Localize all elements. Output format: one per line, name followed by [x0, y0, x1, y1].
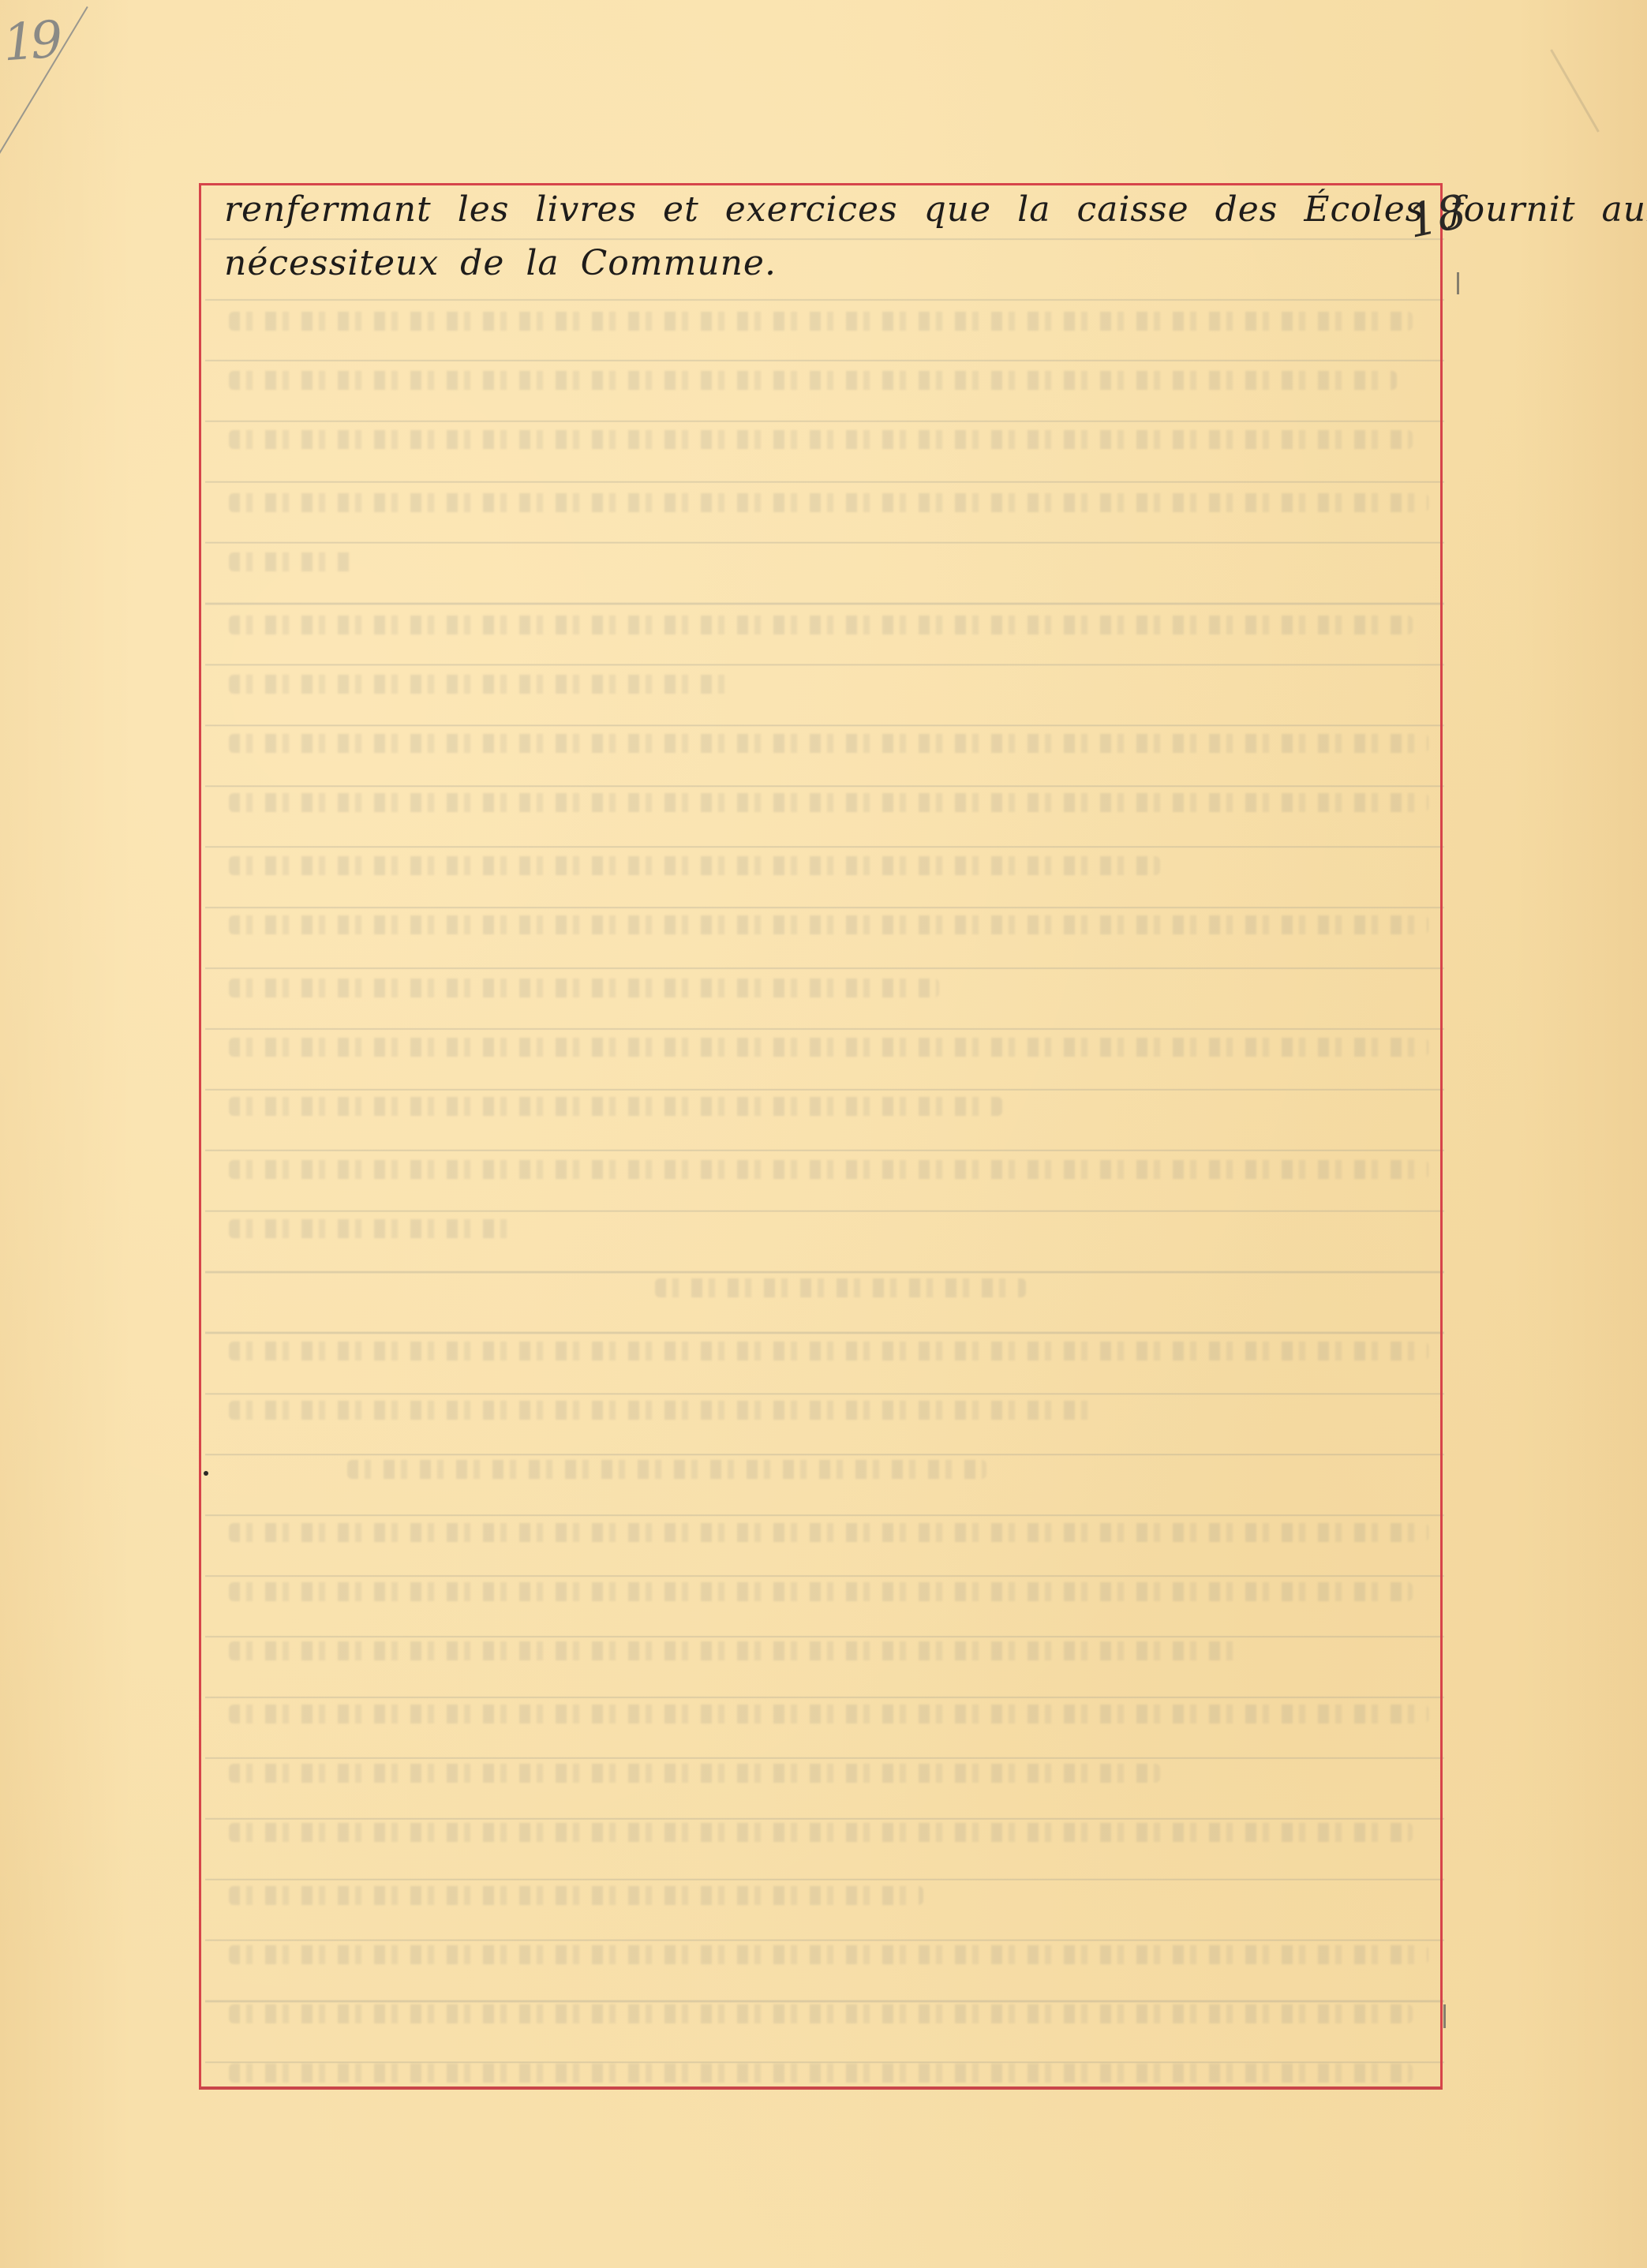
pencil-page-number: 19: [2, 11, 60, 73]
bleed-through-text: [229, 1219, 513, 1238]
bleed-through-text: [229, 2004, 1413, 2023]
bleed-through-text: [229, 1342, 1428, 1360]
bleed-through-text: [229, 1886, 923, 1905]
corner-pencil-mark: [1550, 25, 1641, 132]
bleed-through-text: [229, 675, 734, 694]
bleed-through-text: [229, 734, 1428, 753]
bleed-through-heading: [655, 1278, 1026, 1297]
folio-number: 18: [1403, 184, 1471, 249]
bleed-through-text: [229, 430, 1413, 449]
bleed-through-text: [229, 616, 1413, 634]
bleed-through-text: [229, 1764, 1160, 1783]
bleed-through-text: [229, 1945, 1428, 1964]
margin-tick-mark: [1457, 272, 1459, 294]
bleed-through-text: [229, 856, 1160, 875]
bleed-through-text: [229, 2064, 1413, 2083]
bleed-through-text: [229, 1582, 1413, 1601]
bleed-through-text: [229, 371, 1397, 390]
margin-tick-mark: [1443, 2004, 1446, 2028]
red-margin-frame: [199, 183, 1443, 2090]
bleed-through-text: [229, 793, 1428, 812]
bleed-through-text: [229, 1097, 1002, 1116]
bleed-through-text: [229, 1705, 1428, 1723]
bleed-through-text: [229, 312, 1413, 331]
bleed-through-text: [229, 979, 939, 997]
bleed-through-text: [229, 1641, 1239, 1660]
handwritten-line-2: nécessiteux de la Commune.: [224, 243, 777, 283]
bleed-through-text: [229, 493, 1428, 512]
bleed-through-text: [229, 915, 1428, 934]
bleed-through-text: [347, 1460, 986, 1479]
ink-spot: [204, 1471, 208, 1476]
bleed-through-text: [229, 1160, 1428, 1179]
bleed-through-text: [229, 1523, 1428, 1542]
bleed-through-text: [229, 1823, 1413, 1842]
bleed-through-text: [229, 1401, 1097, 1420]
bleed-through-text: [229, 552, 355, 571]
bleed-through-text: [229, 1038, 1428, 1057]
